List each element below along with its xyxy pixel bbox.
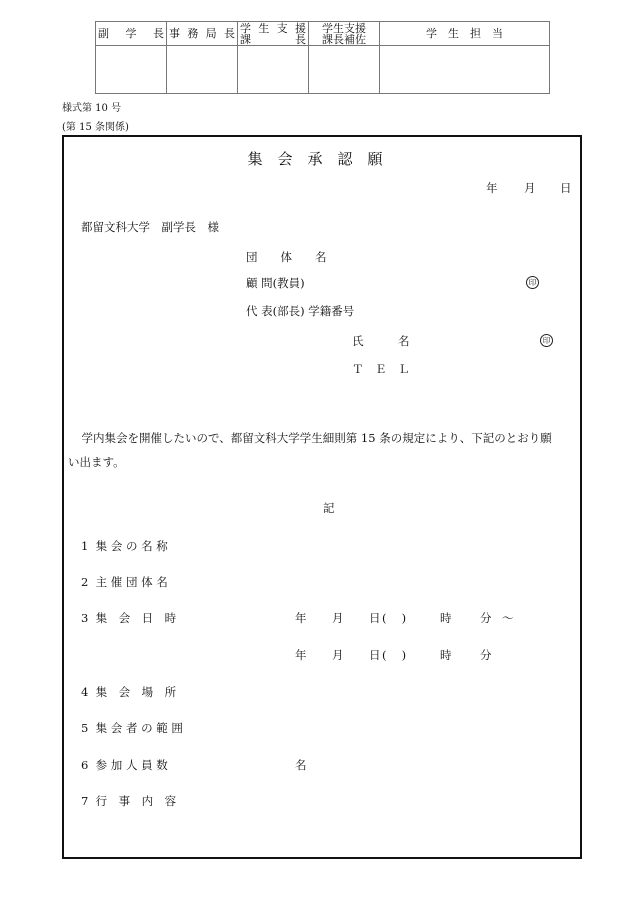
item-3: 3 集 会 日 時 bbox=[81, 610, 176, 626]
end-minute-label: 分 bbox=[480, 647, 492, 663]
stamp-cell-secretary-general[interactable] bbox=[167, 46, 238, 94]
name-label: 氏 名 bbox=[352, 333, 410, 349]
header-char: 事 bbox=[169, 28, 180, 39]
item-6: 6 参 加 人 員 数 bbox=[81, 757, 168, 773]
date-day-label: 日 bbox=[560, 180, 572, 196]
application-form-frame bbox=[62, 135, 582, 859]
item-label: 主 催 団 体 名 bbox=[96, 575, 168, 589]
approval-stamp-table: 副 学 長 事 務 局 長 学生支援 課 長 学生支援 課 bbox=[95, 21, 550, 94]
addressee: 都留文科大学 副学長 様 bbox=[81, 219, 219, 235]
header-char: 長 bbox=[224, 28, 235, 39]
header-char: 生 bbox=[258, 23, 269, 34]
item-label: 集 会 場 所 bbox=[96, 685, 177, 699]
item-number: 2 bbox=[81, 575, 88, 589]
header-vice-president: 副 学 長 bbox=[96, 22, 167, 46]
date-month-label: 月 bbox=[524, 180, 536, 196]
form-number: 様式第 10 号 bbox=[62, 99, 121, 114]
header-char: 副 bbox=[98, 28, 109, 39]
header-line: 学生支援 bbox=[309, 23, 379, 34]
header-char: 務 bbox=[187, 28, 198, 39]
header-label: 学 生 担 当 bbox=[426, 27, 503, 40]
item-number: 6 bbox=[81, 758, 88, 772]
advisor-seal-icon: 印 bbox=[526, 276, 539, 289]
header-line: 課 bbox=[240, 34, 251, 45]
item-number: 1 bbox=[81, 539, 88, 553]
item-label: 集 会 日 時 bbox=[96, 611, 177, 625]
header-char: 局 bbox=[206, 28, 217, 39]
start-year-label: 年 bbox=[295, 610, 307, 626]
start-day-label: 日 bbox=[369, 610, 381, 626]
participants-unit: 名 bbox=[295, 757, 307, 773]
item-label: 集 会 の 名 称 bbox=[96, 539, 168, 553]
end-hour-label: 時 bbox=[440, 647, 452, 663]
header-line: 学生支援 bbox=[240, 23, 306, 34]
end-weekday-label: ( ) bbox=[382, 647, 406, 663]
item-number: 4 bbox=[81, 685, 88, 699]
start-month-label: 月 bbox=[332, 610, 344, 626]
end-day-label: 日 bbox=[369, 647, 381, 663]
stamp-cell-student-staff[interactable] bbox=[380, 46, 550, 94]
header-student-support-assistant: 学生支援 課長補佐 bbox=[309, 22, 380, 46]
item-1: 1 集 会 の 名 称 bbox=[81, 538, 168, 554]
header-line: 課長補佐 bbox=[309, 34, 379, 45]
body-text-line1: 学内集会を開催したいので、都留文科大学学生細則第 15 条の規定により、下記のと… bbox=[70, 430, 552, 446]
header-student-staff: 学 生 担 当 bbox=[380, 22, 550, 46]
item-4: 4 集 会 場 所 bbox=[81, 684, 176, 700]
approval-table-header-row: 副 学 長 事 務 局 長 学生支援 課 長 学生支援 課 bbox=[96, 22, 550, 46]
item-number: 3 bbox=[81, 611, 88, 625]
advisor-label: 顧 問(教員) bbox=[246, 275, 305, 291]
header-secretary-general: 事 務 局 長 bbox=[167, 22, 238, 46]
start-tilde: ～ bbox=[502, 610, 514, 626]
tel-label: Ｔ Ｅ Ｌ bbox=[352, 361, 410, 377]
group-name-label: 団 体 名 bbox=[246, 249, 327, 265]
header-char: 学 bbox=[240, 23, 251, 34]
approval-table-stamp-row bbox=[96, 46, 550, 94]
item-5: 5 集 会 者 の 範 囲 bbox=[81, 720, 183, 736]
stamp-cell-student-support-manager[interactable] bbox=[238, 46, 309, 94]
form-reference: (第 15 条関係) bbox=[62, 118, 129, 133]
start-minute-label: 分 bbox=[480, 610, 492, 626]
header-line: 長 bbox=[295, 34, 306, 45]
item-label: 集 会 者 の 範 囲 bbox=[96, 721, 183, 735]
representative-label: 代 表(部長) 学籍番号 bbox=[246, 303, 354, 319]
header-char: 学 bbox=[126, 28, 137, 39]
header-student-support-manager: 学生支援 課 長 bbox=[238, 22, 309, 46]
date-year-label: 年 bbox=[486, 180, 498, 196]
header-char: 支 bbox=[277, 23, 288, 34]
item-2: 2 主 催 団 体 名 bbox=[81, 574, 168, 590]
note-heading: 記 bbox=[323, 500, 335, 516]
stamp-cell-student-support-assistant[interactable] bbox=[309, 46, 380, 94]
header-char: 援 bbox=[295, 23, 306, 34]
page-title: 集 会 承 認 願 bbox=[0, 148, 630, 169]
start-hour-label: 時 bbox=[440, 610, 452, 626]
item-number: 7 bbox=[81, 794, 88, 808]
name-seal-icon: 印 bbox=[540, 334, 553, 347]
item-label: 参 加 人 員 数 bbox=[96, 758, 168, 772]
body-text-line2: い出ます。 bbox=[68, 454, 125, 470]
start-weekday-label: ( ) bbox=[382, 610, 406, 626]
end-year-label: 年 bbox=[295, 647, 307, 663]
item-label: 行 事 内 容 bbox=[96, 794, 177, 808]
item-number: 5 bbox=[81, 721, 88, 735]
header-char: 長 bbox=[153, 28, 164, 39]
end-month-label: 月 bbox=[332, 647, 344, 663]
item-7: 7 行 事 内 容 bbox=[81, 793, 176, 809]
stamp-cell-vice-president[interactable] bbox=[96, 46, 167, 94]
